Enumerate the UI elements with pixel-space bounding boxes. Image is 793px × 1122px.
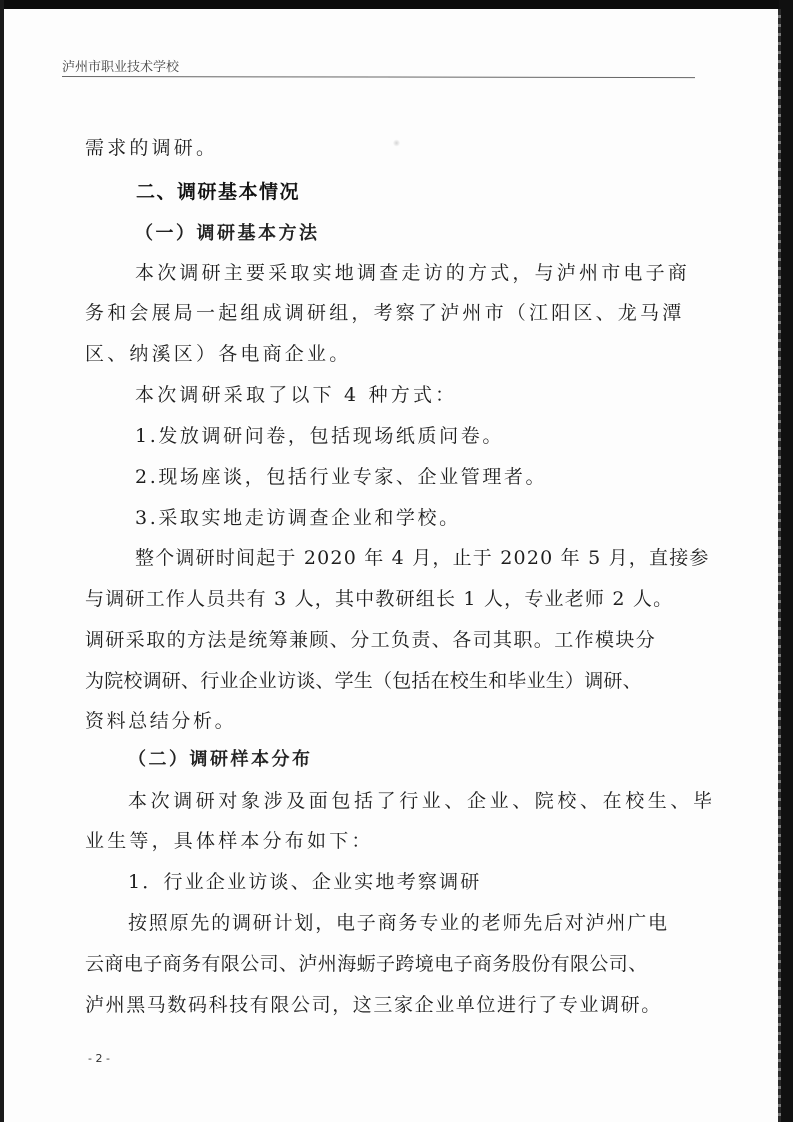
paragraph-line: 调研采取的方法是统筹兼顾、分工负责、各司其职。工作模块分 [85,625,656,652]
scan-border-top [0,0,793,9]
paragraph-line: 泸州黑马数码科技有限公司，这三家企业单位进行了专业调研。 [85,990,662,1017]
subsection-heading: （一）调研基本方法 [135,219,320,245]
list-item: 2.现场座谈，包括行业专家、企业管理者。 [135,462,547,489]
paragraph-line: 本次调研主要采取实地调查走访的方式，与泸州市电子商 [135,258,690,285]
paragraph-line: 资料总结分析。 [85,706,236,733]
paragraph-line: 为院校调研、行业企业访谈、学生（包括在校生和毕业生）调研、 [85,666,642,693]
scan-binding-edge [778,9,781,1122]
page-number: - 2 - [88,1052,110,1065]
scan-border-right [779,0,793,1122]
paragraph-line: 区、纳溪区）各电商企业。 [85,339,351,366]
scan-artifact [393,138,400,148]
paragraph-line: 本次调研采取了以下 4 种方式： [135,380,457,407]
paragraph-line: 按照原先的调研计划，电子商务专业的老师先后对泸州广电 [128,908,669,935]
paragraph-line: 业生等，具体样本分布如下： [85,826,374,853]
paragraph-line: 需求的调研。 [85,133,218,160]
paragraph-line: 与调研工作人员共有 3 人，其中教研组长 1 人，专业老师 2 人。 [85,584,673,611]
subsection-heading: （二）调研样本分布 [128,745,313,771]
list-item: 3.采取实地走访调查企业和学校。 [135,503,461,530]
paragraph-line: 务和会展局一起组成调研组，考察了泸州市（江阳区、龙马潭 [85,298,684,325]
paragraph-line: 整个调研时间起于 2020 年 4 月，止于 2020 年 5 月，直接参 [135,543,710,570]
section-heading: 二、调研基本情况 [136,177,300,204]
paragraph-line: 本次调研对象涉及面包括了行业、企业、院校、在校生、毕 [128,786,716,813]
subsection-item: 1．行业企业访谈、企业实地考察调研 [128,867,482,894]
page-header: 泸州市职业技术学校 [62,56,179,75]
paragraph-line: 云商电子商务有限公司、泸州海蛎子跨境电子商务股份有限公司、 [85,949,648,976]
list-item: 1.发放调研问卷，包括现场纸质问卷。 [135,421,504,448]
